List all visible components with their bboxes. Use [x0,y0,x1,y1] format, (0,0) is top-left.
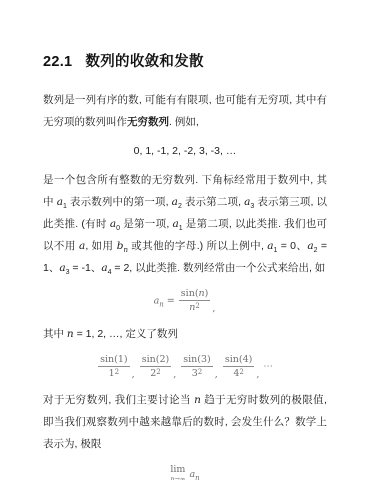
paragraph-subscript-notation: 是一个包含所有整数的无穷数列. 下角标经常用于数列中, 其中 a1 表示数列中的… [43,169,327,279]
limit-variable: an [189,469,199,480]
fraction-denominator: n2 [179,300,211,313]
paragraph-limit-discussion: 对于无穷数列, 我们主要讨论当 n 趋于无穷时数列的极限值, 即当我们观察数列中… [43,389,327,455]
formula-series: sin(1) 12 , sin(2) 22 , sin(3) 32 , sin(… [43,354,327,380]
fraction-sin-4: sin(4) 42 [223,354,255,380]
sequence-display: 0, 1, -1, 2, -2, 3, -3, … [43,140,327,162]
limit-subscript: n→∞ [170,476,185,480]
series-ellipsis: ⋯ [263,356,273,378]
section-heading: 22.1数列的收敛和发散 [43,50,327,71]
fraction-sin-2: sin(2) 22 [140,354,172,380]
fraction-numerator: sin(n) [179,288,211,300]
limit-operator: lim n→∞ [170,465,185,480]
formula-an-equation: an = sin(n) n2 , [43,288,327,314]
series-separator: , [173,364,176,386]
section-title: 数列的收敛和发散 [85,54,203,70]
formula-an-lhs-sub: n [159,300,164,308]
formula-limit: lim n→∞ an [43,464,327,480]
series-separator: , [132,364,135,386]
equals-sign: = [167,295,175,306]
paragraph-defines-sequence: 其中 n = 1, 2, …, 定义了数列 [43,323,327,345]
trailing-comma: , [212,298,215,320]
series-separator: , [256,364,259,386]
fraction-sin-n: sin(n) n2 [179,288,211,314]
series-separator: , [215,364,218,386]
section-number: 22.1 [43,54,72,70]
fraction-sin-3: sin(3) 32 [181,354,213,380]
paragraph-intro: 数列是一列有序的数, 可能有有限项, 也可能有无穷项, 其中有无穷项的数列叫作无… [43,89,327,133]
document-page: 22.1数列的收敛和发散 数列是一列有序的数, 可能有有限项, 也可能有无穷项,… [0,0,370,480]
fraction-sin-1: sin(1) 12 [98,354,130,380]
